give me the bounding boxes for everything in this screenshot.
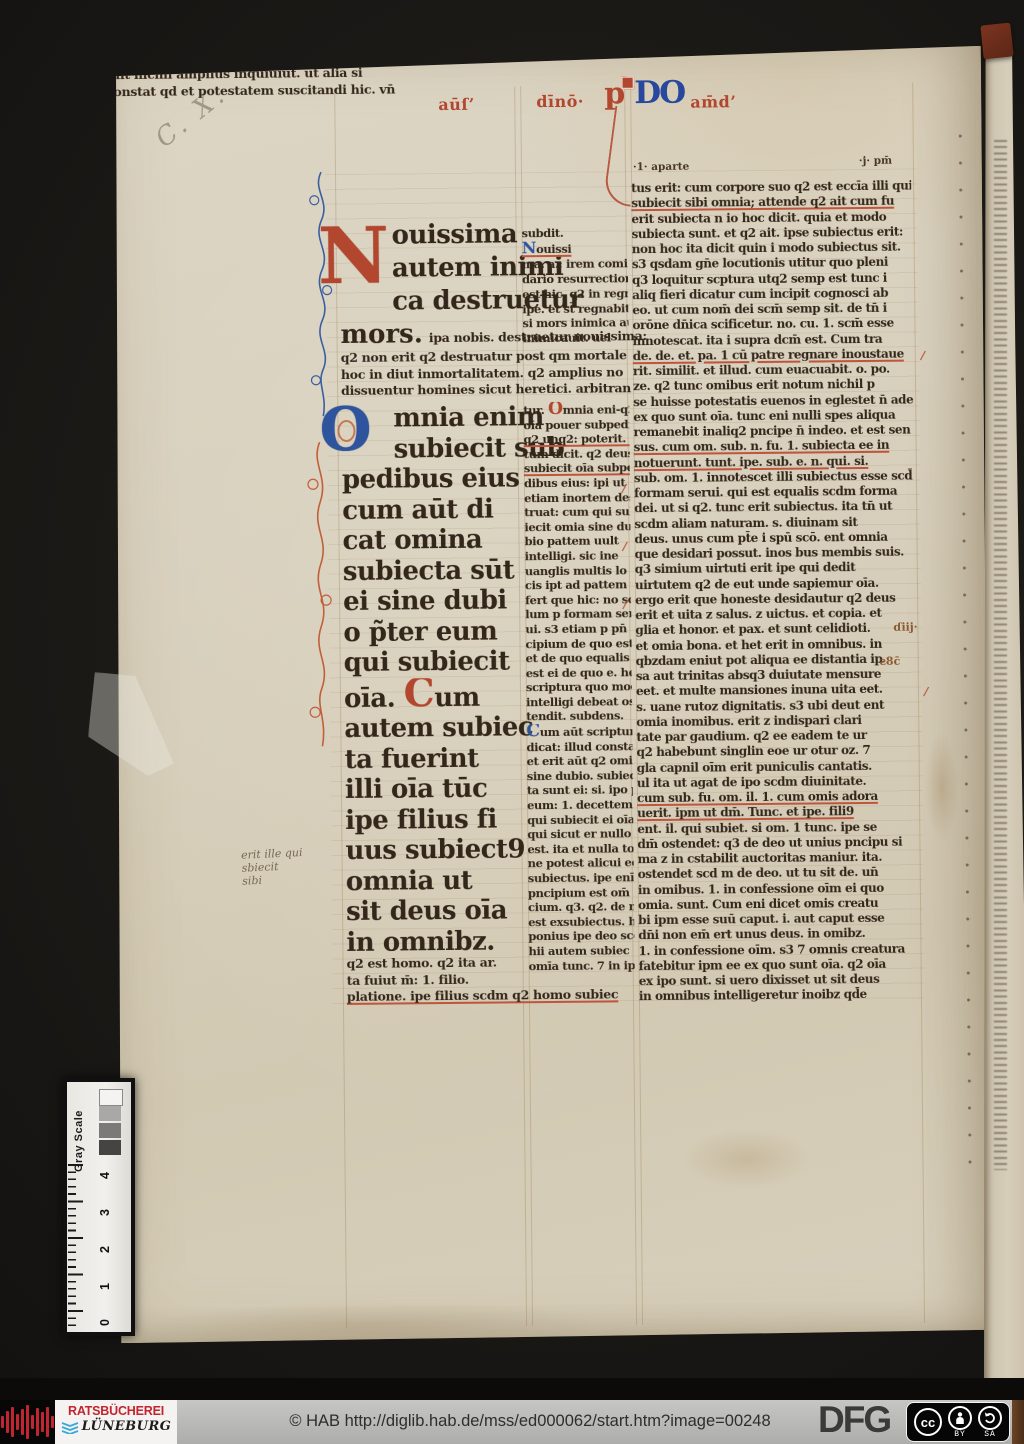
next-page-edge [984,44,1024,1390]
running-header-right: am̄d’ [690,92,736,111]
library-logo-panel: RATSBÜCHEREI LÜNEBURG [55,1400,177,1444]
cc-license-badge: cc BY SA [906,1402,1010,1442]
gray-patch-light [99,1106,121,1121]
ruler-label: Gray Scale [73,1086,85,1172]
cc-sa-icon: SA [978,1406,1002,1439]
ruler-number-0: 0 [98,1310,112,1326]
cc-icon: cc [914,1406,942,1436]
running-header-left: aūſ’ [438,95,475,114]
marginal-note-left: erit ille qui sbiecit sibi [241,844,343,887]
ruler-number-1: 1 [98,1274,112,1290]
running-header-mid: dīnō· [536,92,584,111]
manuscript-page: C. X. aūſ’ dīnō· pDO am̄d’ N non ut tunc… [106,42,996,1346]
library-name-line2: LÜNEBURG [82,1419,172,1434]
gloss-middle-column: tur. Omnia eni-q2.oīa pouer subpedibzq2 … [523,401,634,973]
marginal-note-right-b: ƨ8c̄ [880,655,901,668]
ruler-strip: Gray Scale 4 3 2 1 0 [67,1082,131,1332]
marginal-note-right-a: ɗiij· [893,620,917,633]
ruler-number-2: 2 [98,1237,112,1253]
interlinear-annotation-left: ·1· aparte [633,161,689,174]
correction-mark: ∕ [919,348,926,363]
ruler-number-4: 4 [98,1163,112,1179]
red-filigree-ornament [306,440,335,770]
gloss-middle-column-top: subdit.Nouissima. a.; irem comindario re… [522,225,629,346]
gray-patch-dark [99,1140,121,1155]
gloss-wide-lines: q2 non erit q2 destruatur post qm mortal… [341,347,633,400]
prick-holes [959,134,973,1164]
library-name-line1: RATSBÜCHEREI [55,1404,177,1418]
next-page-text-edge [994,140,1007,1170]
interlinear-annotation-right: ·j· pm̄ [859,155,892,167]
gloss-intro-lines: non ut tunc amamur eum miscuit suisfuit … [106,47,398,100]
gray-scale-ruler: Gray Scale 4 3 2 1 0 [63,1078,135,1336]
ruler-number-3: 3 [98,1200,112,1216]
decorated-initial-N: N [317,218,389,297]
library-logo-bars [0,1400,55,1444]
parchment-stain [681,1129,812,1190]
cc-by-icon: BY [948,1406,972,1439]
parchment-stain [158,1301,588,1350]
leather-tab [980,23,1013,60]
open-book-icon [61,1420,79,1434]
monogram-flag-ornament [621,76,634,89]
digitized-manuscript-photo: { "colors":{"parchment":"#d8d0bd","ink":… [0,0,1024,1444]
monogram-blue-letters: DO [634,75,684,111]
lemma-mors-word: mors. [340,319,423,350]
correction-mark: ∕ [923,684,930,699]
ruler-ticks-major [68,1164,83,1327]
gray-patch-white [99,1089,123,1106]
gray-patch-mid [99,1123,121,1138]
parchment-stain [924,732,959,842]
copyright-url-text: © HAB http://diglib.hab.de/mss/ed000062/… [240,1412,820,1431]
book-fore-edge [1012,1400,1024,1444]
gloss-right-column: tus erit: cum corpore suo q2 est eccīa i… [631,179,919,1005]
dfg-logo: DFG [818,1399,890,1441]
